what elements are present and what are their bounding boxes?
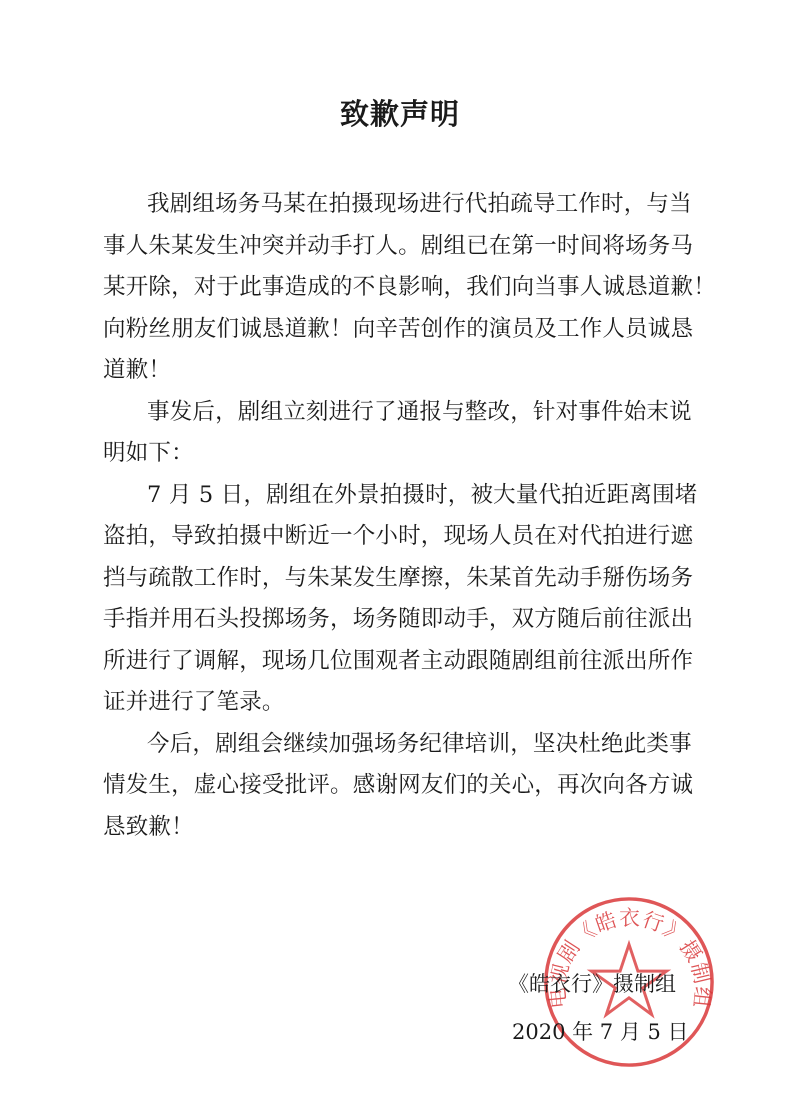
paragraph-1-line-4: 向粉丝朋友们诚恳道歉！向辛苦创作的演员及工作人员诚恳 (103, 309, 648, 351)
paragraph-4-line-3: 恳致歉！ (103, 807, 648, 849)
paragraph-3-line-1: 7 月 5 日，剧组在外景拍摄时，被大量代拍近距离围堵 (103, 475, 648, 517)
paragraph-4-line-2: 情发生，虚心接受批评。感谢网友们的关心，再次向各方诚 (103, 765, 648, 807)
paragraph-1-line-1: 我剧组场务马某在拍摄现场进行代拍疏导工作时，与当 (103, 184, 648, 226)
document-body: 我剧组场务马某在拍摄现场进行代拍疏导工作时，与当 事人朱某发生冲突并动手打人。剧… (103, 184, 648, 848)
paragraph-3-line-3: 挡与疏散工作时，与朱某发生摩擦，朱某首先动手掰伤场务 (103, 558, 648, 600)
paragraph-4-line-1: 今后，剧组会继续加强场务纪律培训，坚决杜绝此类事 (103, 724, 648, 766)
document-title: 致歉声明 (0, 92, 800, 133)
signature-date: 2020 年 7 月 5 日 (512, 1016, 689, 1046)
paragraph-3-line-2: 盗拍，导致拍摄中断近一个小时，现场人员在对代拍进行遮 (103, 516, 648, 558)
paragraph-3-line-6: 证并进行了笔录。 (103, 682, 648, 724)
paragraph-1-line-3: 某开除，对于此事造成的不良影响，我们向当事人诚恳道歉！ (103, 267, 648, 309)
paragraph-1-line-5: 道歉！ (103, 350, 648, 392)
paragraph-2-line-1: 事发后，剧组立刻进行了通报与整改，针对事件始末说 (103, 392, 648, 434)
paragraph-2-line-2: 明如下： (103, 433, 648, 475)
paragraph-3-line-5: 所进行了调解，现场几位围观者主动跟随剧组前往派出所作 (103, 641, 648, 683)
paragraph-3-line-4: 手指并用石头投掷场务，场务随即动手，双方随后前往派出 (103, 599, 648, 641)
paragraph-1-line-2: 事人朱某发生冲突并动手打人。剧组已在第一时间将场务马 (103, 226, 648, 268)
signature-organization: 《皓衣行》摄制组 (508, 968, 676, 998)
